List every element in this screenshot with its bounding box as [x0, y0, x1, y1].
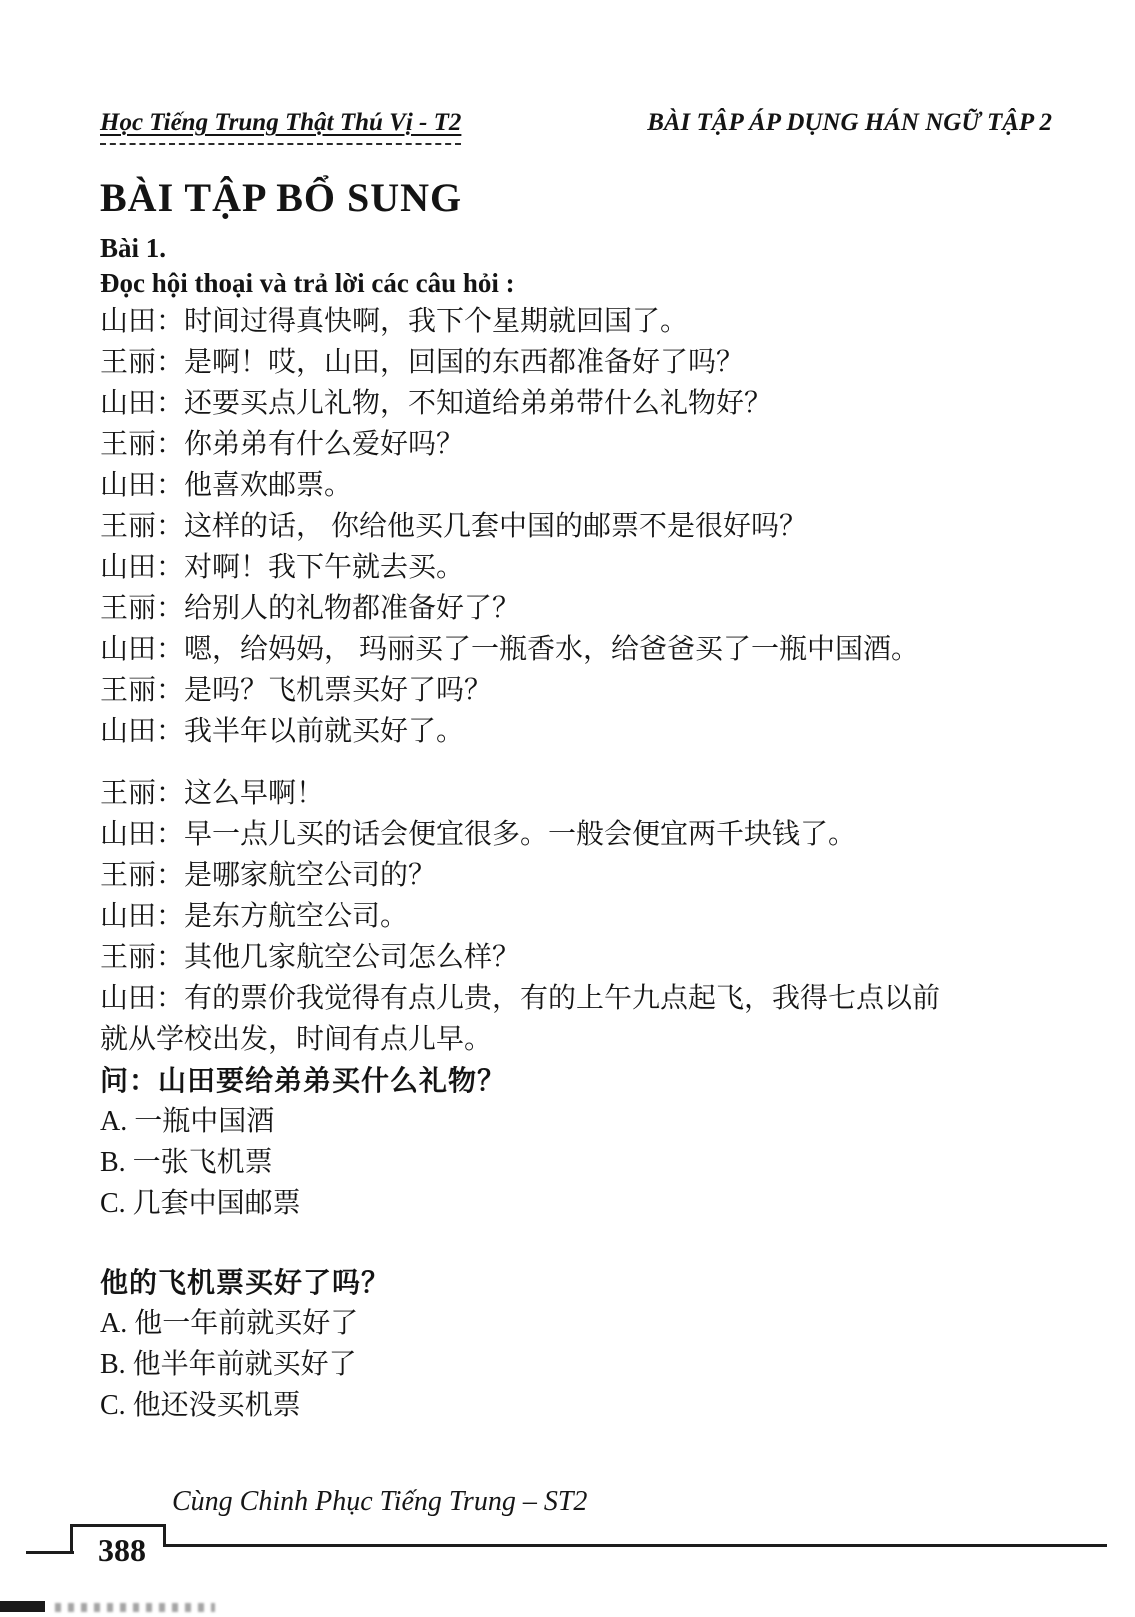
scanned-textbook-page: Học Tiếng Trung Thật Thú Vị - T2 BÀI TẬP… [0, 0, 1135, 1617]
dialogue-line: 山田：是东方航空公司。 [100, 896, 1060, 937]
dialogue-line: 王丽：你弟弟有什么爱好吗？ [100, 424, 1060, 465]
dialogue-line: 王丽：给别人的礼物都准备好了？ [100, 588, 1060, 629]
dialogue-line: 王丽：这么早啊！ [100, 773, 1060, 814]
question-2-prompt: 他的飞机票买好了吗？ [100, 1262, 1060, 1303]
dialogue-line: 山田：还要买点儿礼物，不知道给弟弟带什么礼物好？ [100, 383, 1060, 424]
dialogue-line: 山田：他喜欢邮票。 [100, 465, 1060, 506]
footer-rule [163, 1544, 1107, 1547]
dialogue-line: 山田：嗯，给妈妈， 玛丽买了一瓶香水，给爸爸买了一瓶中国酒。 [100, 629, 1060, 670]
question-1: 问：山田要给弟弟买什么礼物？ A. 一瓶中国酒 B. 一张飞机票 C. 几套中国… [100, 1060, 1060, 1224]
dialogue-line: 山田：时间过得真快啊，我下个星期就回国了。 [100, 301, 1060, 342]
question-2: 他的飞机票买好了吗？ A. 他一年前就买好了 B. 他半年前就买好了 C. 他还… [100, 1262, 1060, 1426]
running-header: Học Tiếng Trung Thật Thú Vị - T2 BÀI TẬP… [100, 106, 1060, 145]
question-1-prompt: 问：山田要给弟弟买什么礼物？ [100, 1060, 1060, 1101]
page-content: Học Tiếng Trung Thật Thú Vị - T2 BÀI TẬP… [100, 106, 1060, 1426]
running-header-right: BÀI TẬP ÁP DỤNG HÁN NGỮ TẬP 2 [647, 106, 1060, 140]
footer-rule-left-segment [26, 1551, 74, 1554]
dialogue-line: 王丽：是啊！哎，山田，回国的东西都准备好了吗？ [100, 342, 1060, 383]
scan-artifact [0, 1601, 45, 1612]
dialogue-block-1: 山田：时间过得真快啊，我下个星期就回国了。 王丽：是啊！哎，山田，回国的东西都准… [100, 301, 1060, 752]
page-number: 388 [84, 1532, 160, 1569]
footer-page-tab-top-line [70, 1524, 166, 1527]
dialogue-line: 山田：早一点儿买的话会便宜很多。一般会便宜两千块钱了。 [100, 814, 1060, 855]
footer-series-title: Cùng Chinh Phục Tiếng Trung – ST2 [172, 1484, 587, 1520]
dialogue-line: 王丽：是哪家航空公司的？ [100, 855, 1060, 896]
dialogue-block-2: 王丽：这么早啊！ 山田：早一点儿买的话会便宜很多。一般会便宜两千块钱了。 王丽：… [100, 773, 1060, 1060]
dialogue-line: 山田：对啊！我下午就去买。 [100, 547, 1060, 588]
option-item: A. 他一年前就买好了 [100, 1303, 1060, 1344]
dialogue-line: 王丽：其他几家航空公司怎么样？ [100, 937, 1060, 978]
option-item: C. 几套中国邮票 [100, 1183, 1060, 1224]
option-item: B. 一张飞机票 [100, 1142, 1060, 1183]
exercise-instruction: Đọc hội thoại và trả lời các câu hỏi : [100, 265, 1060, 301]
dialogue-line: 山田：有的票价我觉得有点儿贵，有的上午九点起飞，我得七点以前 [100, 978, 1060, 1019]
scan-artifact [55, 1603, 215, 1612]
lesson-number: Bài 1. [100, 231, 1060, 265]
option-item: C. 他还没买机票 [100, 1385, 1060, 1426]
dialogue-line-continuation: 就从学校出发，时间有点儿早。 [100, 1019, 1060, 1060]
option-item: B. 他半年前就买好了 [100, 1344, 1060, 1385]
dialogue-line: 王丽：是吗？飞机票买好了吗？ [100, 670, 1060, 711]
dialogue-line: 山田：我半年以前就买好了。 [100, 711, 1060, 752]
dialogue-line: 王丽：这样的话， 你给他买几套中国的邮票不是很好吗？ [100, 506, 1060, 547]
section-title: BÀI TẬP BỔ SUNG [100, 173, 1060, 223]
running-header-left: Học Tiếng Trung Thật Thú Vị - T2 [100, 106, 461, 145]
footer-page-tab-left-line [70, 1524, 73, 1554]
option-item: A. 一瓶中国酒 [100, 1101, 1060, 1142]
